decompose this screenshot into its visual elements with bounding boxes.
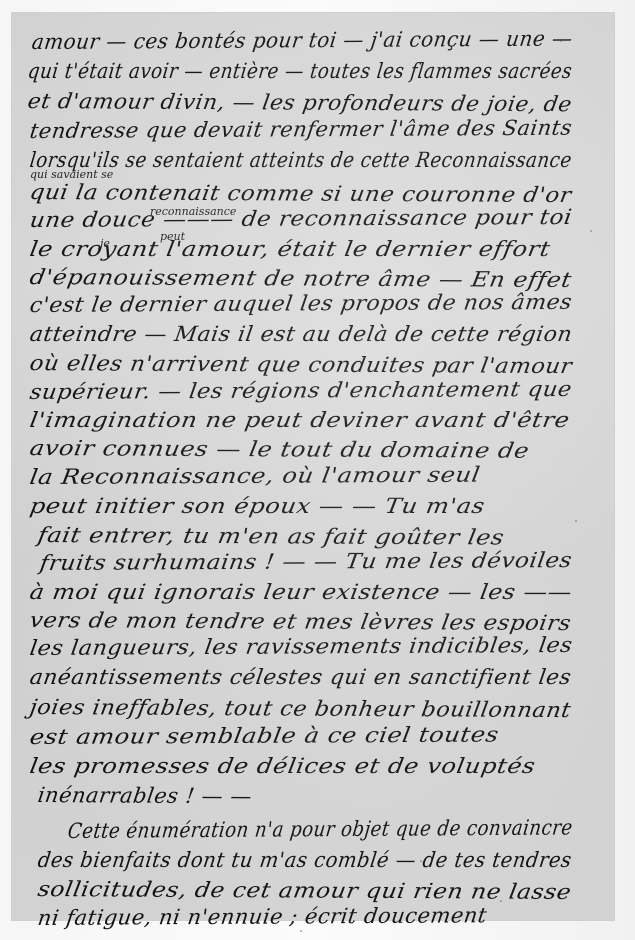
manuscript-line: c'est le dernier auquel les propos de no…: [28, 290, 574, 317]
manuscript-line: les promesses de délices et de voluptés: [28, 754, 537, 778]
manuscript-line: à moi qui ignorais leur existence — les …: [28, 580, 574, 604]
manuscript-line: qui la contenait comme si une couronne d…: [28, 180, 573, 207]
manuscript-line: où elles n'arrivent que conduites par l'…: [28, 351, 574, 378]
manuscript-line: fruits surhumains ! — — Tu me les dévoil…: [38, 548, 574, 575]
manuscript-line: une douce ——— de reconnaissance pour toi: [28, 205, 574, 232]
manuscript-line: d'épanouissement de notre âme — En effet: [28, 265, 574, 292]
scan-speck: [420, 860, 422, 862]
manuscript-line: des bienfaits dont tu m'as comblé — de t…: [36, 848, 573, 872]
manuscript-line: supérieur. — les régions d'enchantement …: [28, 377, 573, 404]
manuscript-line: anéantissements célestes qui en sanctifi…: [28, 665, 573, 689]
scan-speck: [300, 930, 302, 932]
interlinear-note: je: [100, 237, 110, 250]
manuscript-line: vers de mon tendre et mes lèvres les esp…: [28, 608, 573, 635]
scan-speck: [500, 900, 502, 902]
manuscript-line: qui t'était avoir — entière — toutes les…: [27, 59, 574, 83]
interlinear-note: reconnaissance: [150, 205, 236, 218]
manuscript-line: est amour semblable à ce ciel toutes: [28, 723, 501, 749]
manuscript-line: l'imagination ne peut deviner avant d'êt…: [28, 408, 571, 432]
manuscript-line: les langueurs, les ravissements indicibl…: [28, 633, 574, 660]
manuscript-line: joies ineffables, tout ce bonheur bouill…: [28, 695, 573, 722]
manuscript-line: sollicitudes, de cet amour qui rien ne l…: [36, 877, 573, 904]
manuscript-line: ni fatigue, ni n'ennuie ; écrit doucemen…: [36, 903, 488, 930]
manuscript-line: amour — ces bontés pour toi — j'ai conçu…: [30, 27, 574, 54]
interlinear-note: qui savaient se: [30, 168, 113, 181]
scan-speck: [590, 230, 592, 232]
scan-speck: [575, 520, 577, 522]
scan-speck: [560, 40, 562, 42]
manuscript-page: amour — ces bontés pour toi — j'ai conçu…: [12, 13, 614, 920]
manuscript-line: la Reconnaissance, où l'amour seul: [28, 463, 482, 489]
manuscript-line: peut initier son époux — — Tu m'as: [28, 494, 487, 518]
manuscript-line: fait entrer, tu m'en as fait goûter les: [36, 523, 506, 549]
manuscript-line: avoir connues — le tout du domaine de: [28, 436, 531, 463]
manuscript-line: tendresse que devait renfermer l'âme des…: [28, 116, 573, 143]
manuscript-line: atteindre — Mais il est au delà de cette…: [28, 322, 574, 346]
interlinear-note: peut: [160, 230, 185, 243]
manuscript-line: et d'amour divin, — les profondeurs de j…: [26, 89, 574, 116]
manuscript-line: inénarrables ! — —: [36, 783, 253, 808]
manuscript-line: Cette énumération n'a pour objet que de …: [67, 815, 574, 843]
